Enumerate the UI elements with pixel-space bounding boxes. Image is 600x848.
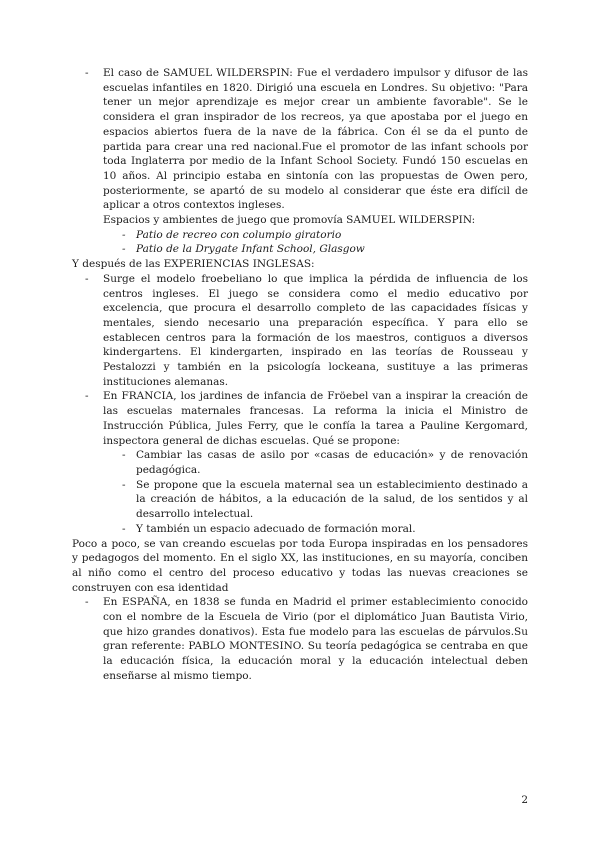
document-page: -El caso de SAMUEL WILDERSPIN: Fue el ve…	[0, 0, 600, 848]
list-item-level-2: -Patio de la Drygate Infant School, Glas…	[72, 242, 528, 257]
list-item-level-2: -Patio de recreo con columpio giratorio	[72, 228, 528, 243]
paragraph-text: Y también un espacio adecuado de formaci…	[136, 523, 416, 535]
bullet-dash: -	[85, 66, 89, 81]
paragraph-text: En ESPAÑA, en 1838 se funda en Madrid el…	[103, 596, 528, 682]
document-body: -El caso de SAMUEL WILDERSPIN: Fue el ve…	[72, 66, 528, 684]
page-number: 2	[521, 794, 528, 806]
paragraph: Poco a poco, se van creando escuelas por…	[72, 537, 528, 596]
paragraph-text: Poco a poco, se van creando escuelas por…	[72, 538, 528, 594]
paragraph-text: Patio de la Drygate Infant School, Glasg…	[136, 243, 365, 255]
paragraph-text: Espacios y ambientes de juego que promov…	[103, 214, 475, 226]
page-footer: 2	[72, 793, 528, 808]
bullet-dash: -	[122, 242, 126, 257]
paragraph: Y después de las EXPERIENCIAS INGLESAS:	[72, 257, 528, 272]
list-item-level-1: -Surge el modelo froebeliano lo que impl…	[72, 272, 528, 390]
bullet-dash: -	[122, 228, 126, 243]
paragraph-text: Surge el modelo froebeliano lo que impli…	[103, 273, 528, 388]
list-item-level-1: -El caso de SAMUEL WILDERSPIN: Fue el ve…	[72, 66, 528, 213]
paragraph-text: Cambiar las casas de asilo por «casas de…	[136, 449, 528, 476]
bullet-dash: -	[122, 522, 126, 537]
bullet-dash: -	[122, 478, 126, 493]
list-item-level-2: -Y también un espacio adecuado de formac…	[72, 522, 528, 537]
paragraph: Espacios y ambientes de juego que promov…	[72, 213, 528, 228]
paragraph-text: Patio de recreo con columpio giratorio	[136, 229, 341, 241]
list-item-level-2: -Cambiar las casas de asilo por «casas d…	[72, 448, 528, 477]
list-item-level-1: -En ESPAÑA, en 1838 se funda en Madrid e…	[72, 595, 528, 683]
paragraph-text: En FRANCIA, los jardines de infancia de …	[103, 390, 528, 446]
list-item-level-1: -En FRANCIA, los jardines de infancia de…	[72, 389, 528, 448]
bullet-dash: -	[122, 448, 126, 463]
bullet-dash: -	[85, 389, 89, 404]
paragraph-text: Y después de las EXPERIENCIAS INGLESAS:	[72, 258, 315, 270]
list-item-level-2: -Se propone que la escuela maternal sea …	[72, 478, 528, 522]
paragraph-text: Se propone que la escuela maternal sea u…	[136, 479, 528, 520]
paragraph-text: El caso de SAMUEL WILDERSPIN: Fue el ver…	[103, 67, 528, 211]
bullet-dash: -	[85, 595, 89, 610]
bullet-dash: -	[85, 272, 89, 287]
